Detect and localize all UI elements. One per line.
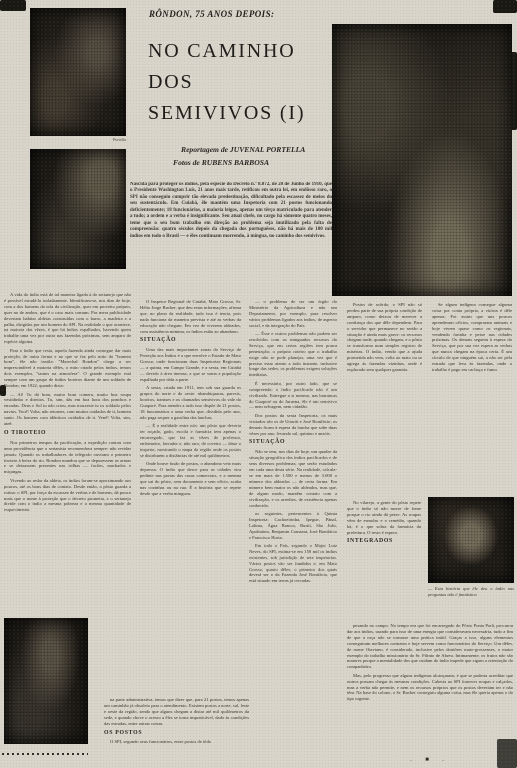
body-paragraph: Para o índio que resta, aquela fazenda a… bbox=[4, 348, 131, 389]
photo-left-middle bbox=[30, 149, 126, 269]
body-paragraph: — Aí! Tu dá bom, muito bom comera, muito… bbox=[4, 392, 131, 427]
section-heading: O TIROTEIO bbox=[4, 431, 131, 437]
column-mid-2: — o problema de ser um órgão do Ministér… bbox=[249, 299, 337, 768]
body-paragraph: Dos postos da sexta Inspetoria, os mais … bbox=[249, 413, 337, 437]
body-paragraph: Nos primeiros tempos da pacificação, a e… bbox=[4, 440, 131, 475]
section-heading: INTEGRADOS bbox=[347, 539, 421, 545]
article-end-mark: . ■ . bbox=[380, 757, 480, 763]
ink-smudge bbox=[0, 0, 26, 11]
body-paragraph: na parte administrativa, temos que dizer… bbox=[104, 697, 249, 727]
column-mid-1: O Inspetor Regional de Cuiabá, Mato Gros… bbox=[140, 299, 241, 691]
page-title: NO CAMINHO DOS SEMIVIVOS (I) bbox=[148, 36, 348, 129]
torn-edge-dots bbox=[2, 753, 88, 755]
lead-paragraph: Nascida para proteger os índios, pela es… bbox=[130, 182, 332, 290]
section-heading: OS POSTOS bbox=[104, 731, 249, 737]
column-right-1: Postos de acôrdo, o SPI não só perdeu pa… bbox=[347, 302, 422, 494]
title-line: NO CAMINHO bbox=[148, 36, 348, 67]
body-paragraph: Vivendo ao redor da aldeia, os índios fo… bbox=[4, 478, 131, 513]
section-heading: SITUAÇÃO bbox=[249, 440, 337, 446]
ink-smudge bbox=[493, 0, 517, 13]
body-paragraph: No vilarejo, a gente do pôsto repete que… bbox=[347, 500, 421, 535]
section-heading: SITUAÇÃO bbox=[140, 338, 241, 344]
photo-caption: — Esta história que êle deu o índio nas … bbox=[428, 586, 514, 612]
column-left: A vida do índio está de tal maneira liga… bbox=[4, 292, 131, 614]
body-paragraph: Postos de acôrdo, o SPI não só perdeu pa… bbox=[347, 302, 422, 373]
photo-right-top bbox=[332, 24, 512, 296]
body-paragraph: — Êsse e outros problemas não podem ser … bbox=[249, 331, 337, 378]
body-paragraph: Em todo o País, segundo o Major Luiz Nev… bbox=[249, 543, 337, 584]
title-line: SEMIVIVOS (I) bbox=[148, 98, 348, 129]
body-paragraph: O SPI, segundo seus funcionários, entre … bbox=[104, 739, 249, 745]
photo-credit: Portella bbox=[88, 137, 126, 142]
column-right-2: Se algum indígena consegue alguma coisa … bbox=[432, 302, 512, 492]
column-right-wide-bottom: pesando no campo. No tempo em que foi en… bbox=[347, 623, 513, 755]
body-paragraph: A vida do índio está de tal maneira liga… bbox=[4, 292, 131, 345]
byline-reportagem: Reportagem de JUVENAL PORTELLA bbox=[181, 143, 305, 156]
body-paragraph: Uma das mais importantes zonas do Serviç… bbox=[140, 347, 241, 382]
kicker: RÔNDON, 75 ANOS DEPOIS: bbox=[149, 9, 274, 19]
newspaper-page: { "page": { "bg": "#d8d4ca", "ink": "#36… bbox=[0, 0, 517, 768]
title-line: DOS bbox=[148, 67, 348, 98]
body-paragraph: — É a realidade entre nós: um pôsto que … bbox=[140, 423, 241, 458]
photo-left-top bbox=[30, 8, 126, 136]
body-paragraph: Se algum indígena consegue alguma coisa … bbox=[432, 302, 512, 373]
byline-fotos: Fotos de RUBENS BARBOSA bbox=[173, 156, 269, 169]
body-paragraph: Não se tem, nos dias de hoje, um quadro … bbox=[249, 449, 337, 508]
photo-left-bottom bbox=[4, 618, 88, 744]
column-right-narrow: No vilarejo, a gente do pôsto repete que… bbox=[347, 500, 421, 614]
body-paragraph: O Inspetor Regional de Cuiabá, Mato Gros… bbox=[140, 299, 241, 334]
body-paragraph: Mas, pelo progresso que alguns indígenas… bbox=[347, 673, 513, 703]
body-paragraph: Onde houve fusão de postos, o abandono v… bbox=[140, 461, 241, 496]
body-paragraph: — o problema de ser um órgão do Ministér… bbox=[249, 299, 337, 329]
photo-right-bottom bbox=[428, 497, 514, 583]
body-paragraph: os seguintes, pertencentes à Quinta Insp… bbox=[249, 511, 337, 541]
body-paragraph: pesando no campo. No tempo em que foi en… bbox=[347, 623, 513, 670]
body-paragraph: É necessário, por outro lado, que se com… bbox=[249, 381, 337, 411]
body-paragraph: A sexta, criada em 1911, tem sob sua gua… bbox=[140, 385, 241, 420]
column-bottom-middle: na parte administrativa, temos que dizer… bbox=[104, 697, 249, 768]
